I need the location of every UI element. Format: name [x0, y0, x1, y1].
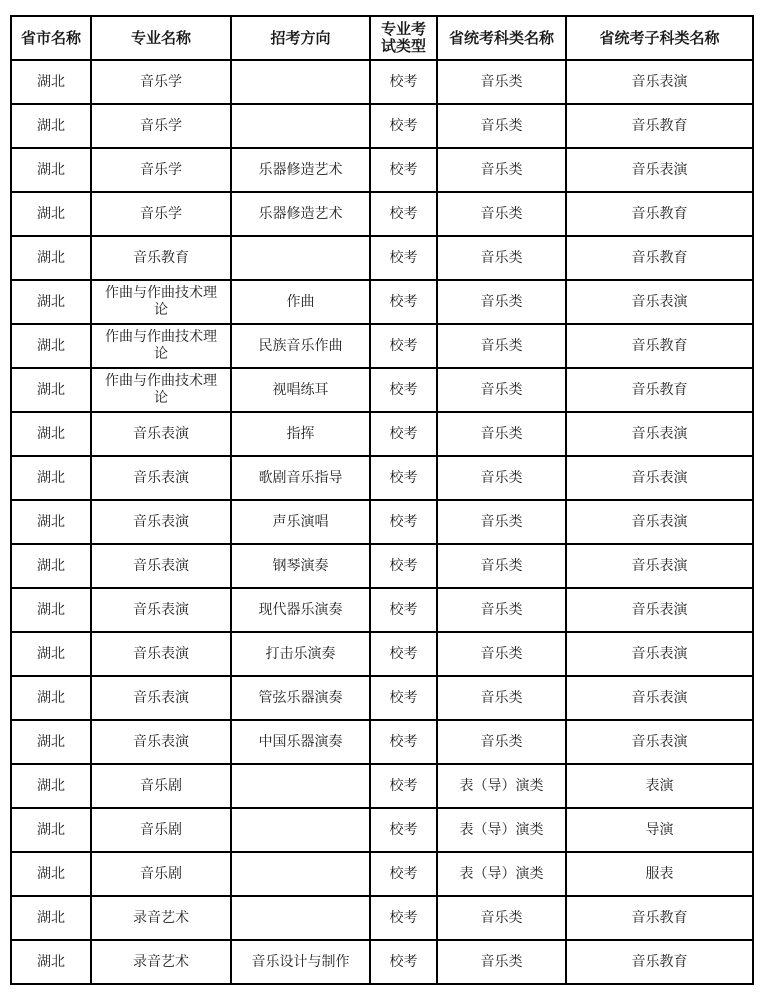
cell-exam-type: 校考 — [370, 412, 437, 456]
cell-major: 音乐表演 — [91, 588, 231, 632]
cell-direction — [231, 764, 370, 808]
cell-subcategory: 音乐教育 — [566, 940, 753, 984]
table-row: 湖北音乐学校考音乐类音乐教育 — [11, 104, 753, 148]
cell-province: 湖北 — [11, 280, 91, 324]
cell-province: 湖北 — [11, 368, 91, 412]
cell-subcategory: 音乐表演 — [566, 60, 753, 104]
cell-category: 音乐类 — [437, 500, 566, 544]
table-row: 湖北音乐表演中国乐器演奏校考音乐类音乐表演 — [11, 720, 753, 764]
cell-direction: 中国乐器演奏 — [231, 720, 370, 764]
cell-category: 音乐类 — [437, 148, 566, 192]
cell-province: 湖北 — [11, 588, 91, 632]
cell-major: 音乐学 — [91, 60, 231, 104]
cell-category: 音乐类 — [437, 456, 566, 500]
cell-exam-type: 校考 — [370, 148, 437, 192]
cell-subcategory: 音乐表演 — [566, 456, 753, 500]
cell-category: 音乐类 — [437, 280, 566, 324]
cell-province: 湖北 — [11, 720, 91, 764]
cell-direction: 民族音乐作曲 — [231, 324, 370, 368]
cell-exam-type: 校考 — [370, 808, 437, 852]
cell-province: 湖北 — [11, 852, 91, 896]
cell-province: 湖北 — [11, 940, 91, 984]
cell-major: 音乐表演 — [91, 500, 231, 544]
cell-direction — [231, 236, 370, 280]
cell-category: 音乐类 — [437, 412, 566, 456]
cell-direction: 音乐设计与制作 — [231, 940, 370, 984]
cell-subcategory: 音乐教育 — [566, 192, 753, 236]
cell-exam-type: 校考 — [370, 280, 437, 324]
cell-direction: 指挥 — [231, 412, 370, 456]
cell-category: 音乐类 — [437, 324, 566, 368]
cell-exam-type: 校考 — [370, 544, 437, 588]
cell-major: 作曲与作曲技术理论 — [91, 368, 231, 412]
cell-exam-type: 校考 — [370, 324, 437, 368]
cell-major: 音乐剧 — [91, 852, 231, 896]
table-row: 湖北录音艺术音乐设计与制作校考音乐类音乐教育 — [11, 940, 753, 984]
cell-category: 表（导）演类 — [437, 764, 566, 808]
cell-major: 音乐表演 — [91, 676, 231, 720]
cell-province: 湖北 — [11, 500, 91, 544]
admissions-table: 省市名称 专业名称 招考方向 专业考试类型 省统考科类名称 省统考子科类名称 湖… — [10, 15, 754, 985]
cell-province: 湖北 — [11, 236, 91, 280]
cell-subcategory: 音乐教育 — [566, 104, 753, 148]
header-exam-type: 专业考试类型 — [370, 16, 437, 60]
cell-subcategory: 音乐表演 — [566, 148, 753, 192]
cell-subcategory: 音乐表演 — [566, 588, 753, 632]
cell-exam-type: 校考 — [370, 632, 437, 676]
cell-exam-type: 校考 — [370, 940, 437, 984]
cell-direction: 现代器乐演奏 — [231, 588, 370, 632]
cell-direction — [231, 60, 370, 104]
cell-direction: 钢琴演奏 — [231, 544, 370, 588]
cell-province: 湖北 — [11, 324, 91, 368]
cell-direction — [231, 808, 370, 852]
cell-subcategory: 音乐教育 — [566, 896, 753, 940]
cell-major: 音乐学 — [91, 148, 231, 192]
cell-exam-type: 校考 — [370, 676, 437, 720]
header-row: 省市名称 专业名称 招考方向 专业考试类型 省统考科类名称 省统考子科类名称 — [11, 16, 753, 60]
cell-exam-type: 校考 — [370, 764, 437, 808]
cell-category: 音乐类 — [437, 60, 566, 104]
cell-major: 音乐表演 — [91, 456, 231, 500]
cell-major: 音乐表演 — [91, 412, 231, 456]
table-row: 湖北作曲与作曲技术理论民族音乐作曲校考音乐类音乐教育 — [11, 324, 753, 368]
cell-major: 音乐学 — [91, 104, 231, 148]
cell-major: 音乐学 — [91, 192, 231, 236]
cell-direction: 视唱练耳 — [231, 368, 370, 412]
cell-province: 湖北 — [11, 632, 91, 676]
cell-province: 湖北 — [11, 60, 91, 104]
table-row: 湖北音乐学乐器修造艺术校考音乐类音乐教育 — [11, 192, 753, 236]
cell-subcategory: 音乐表演 — [566, 632, 753, 676]
cell-exam-type: 校考 — [370, 852, 437, 896]
table-row: 湖北音乐学校考音乐类音乐表演 — [11, 60, 753, 104]
cell-category: 音乐类 — [437, 236, 566, 280]
cell-province: 湖北 — [11, 104, 91, 148]
header-direction: 招考方向 — [231, 16, 370, 60]
cell-category: 音乐类 — [437, 676, 566, 720]
cell-direction: 打击乐演奏 — [231, 632, 370, 676]
cell-exam-type: 校考 — [370, 368, 437, 412]
cell-exam-type: 校考 — [370, 456, 437, 500]
cell-subcategory: 音乐表演 — [566, 544, 753, 588]
cell-major: 音乐剧 — [91, 808, 231, 852]
cell-major: 音乐表演 — [91, 544, 231, 588]
cell-exam-type: 校考 — [370, 236, 437, 280]
cell-province: 湖北 — [11, 544, 91, 588]
cell-direction: 作曲 — [231, 280, 370, 324]
table-row: 湖北音乐剧校考表（导）演类导演 — [11, 808, 753, 852]
cell-category: 音乐类 — [437, 368, 566, 412]
table-row: 湖北音乐表演打击乐演奏校考音乐类音乐表演 — [11, 632, 753, 676]
cell-major: 作曲与作曲技术理论 — [91, 280, 231, 324]
cell-direction: 声乐演唱 — [231, 500, 370, 544]
table-row: 湖北音乐剧校考表（导）演类服表 — [11, 852, 753, 896]
cell-major: 音乐表演 — [91, 720, 231, 764]
cell-subcategory: 音乐教育 — [566, 324, 753, 368]
cell-province: 湖北 — [11, 808, 91, 852]
cell-province: 湖北 — [11, 412, 91, 456]
table-row: 湖北音乐学乐器修造艺术校考音乐类音乐表演 — [11, 148, 753, 192]
cell-subcategory: 音乐表演 — [566, 500, 753, 544]
header-subcategory: 省统考子科类名称 — [566, 16, 753, 60]
header-category: 省统考科类名称 — [437, 16, 566, 60]
cell-direction: 管弦乐器演奏 — [231, 676, 370, 720]
cell-exam-type: 校考 — [370, 60, 437, 104]
cell-direction: 乐器修造艺术 — [231, 148, 370, 192]
cell-major: 录音艺术 — [91, 896, 231, 940]
cell-province: 湖北 — [11, 764, 91, 808]
cell-category: 音乐类 — [437, 544, 566, 588]
cell-category: 音乐类 — [437, 720, 566, 764]
header-major: 专业名称 — [91, 16, 231, 60]
cell-subcategory: 表演 — [566, 764, 753, 808]
cell-major: 音乐剧 — [91, 764, 231, 808]
cell-exam-type: 校考 — [370, 720, 437, 764]
cell-subcategory: 音乐表演 — [566, 412, 753, 456]
cell-exam-type: 校考 — [370, 896, 437, 940]
cell-major: 作曲与作曲技术理论 — [91, 324, 231, 368]
table-row: 湖北音乐表演声乐演唱校考音乐类音乐表演 — [11, 500, 753, 544]
cell-subcategory: 音乐表演 — [566, 676, 753, 720]
cell-subcategory: 音乐教育 — [566, 236, 753, 280]
cell-direction — [231, 896, 370, 940]
cell-subcategory: 服表 — [566, 852, 753, 896]
cell-province: 湖北 — [11, 192, 91, 236]
cell-category: 音乐类 — [437, 896, 566, 940]
cell-exam-type: 校考 — [370, 500, 437, 544]
cell-subcategory: 音乐表演 — [566, 720, 753, 764]
cell-exam-type: 校考 — [370, 192, 437, 236]
cell-province: 湖北 — [11, 676, 91, 720]
cell-major: 音乐表演 — [91, 632, 231, 676]
cell-province: 湖北 — [11, 148, 91, 192]
table-row: 湖北录音艺术校考音乐类音乐教育 — [11, 896, 753, 940]
cell-category: 表（导）演类 — [437, 852, 566, 896]
cell-category: 表（导）演类 — [437, 808, 566, 852]
cell-direction — [231, 852, 370, 896]
table-row: 湖北音乐表演管弦乐器演奏校考音乐类音乐表演 — [11, 676, 753, 720]
cell-exam-type: 校考 — [370, 588, 437, 632]
cell-subcategory: 音乐教育 — [566, 368, 753, 412]
table-row: 湖北音乐表演指挥校考音乐类音乐表演 — [11, 412, 753, 456]
cell-direction — [231, 104, 370, 148]
cell-exam-type: 校考 — [370, 104, 437, 148]
cell-direction: 乐器修造艺术 — [231, 192, 370, 236]
cell-province: 湖北 — [11, 456, 91, 500]
table-row: 湖北音乐表演钢琴演奏校考音乐类音乐表演 — [11, 544, 753, 588]
header-province: 省市名称 — [11, 16, 91, 60]
table-row: 湖北作曲与作曲技术理论视唱练耳校考音乐类音乐教育 — [11, 368, 753, 412]
cell-province: 湖北 — [11, 896, 91, 940]
table-row: 湖北作曲与作曲技术理论作曲校考音乐类音乐表演 — [11, 280, 753, 324]
table-row: 湖北音乐表演歌剧音乐指导校考音乐类音乐表演 — [11, 456, 753, 500]
cell-direction: 歌剧音乐指导 — [231, 456, 370, 500]
table-row: 湖北音乐教育校考音乐类音乐教育 — [11, 236, 753, 280]
cell-category: 音乐类 — [437, 632, 566, 676]
cell-major: 录音艺术 — [91, 940, 231, 984]
table-row: 湖北音乐表演现代器乐演奏校考音乐类音乐表演 — [11, 588, 753, 632]
cell-category: 音乐类 — [437, 940, 566, 984]
cell-category: 音乐类 — [437, 192, 566, 236]
table-row: 湖北音乐剧校考表（导）演类表演 — [11, 764, 753, 808]
cell-subcategory: 音乐表演 — [566, 280, 753, 324]
cell-category: 音乐类 — [437, 588, 566, 632]
cell-major: 音乐教育 — [91, 236, 231, 280]
cell-category: 音乐类 — [437, 104, 566, 148]
cell-subcategory: 导演 — [566, 808, 753, 852]
